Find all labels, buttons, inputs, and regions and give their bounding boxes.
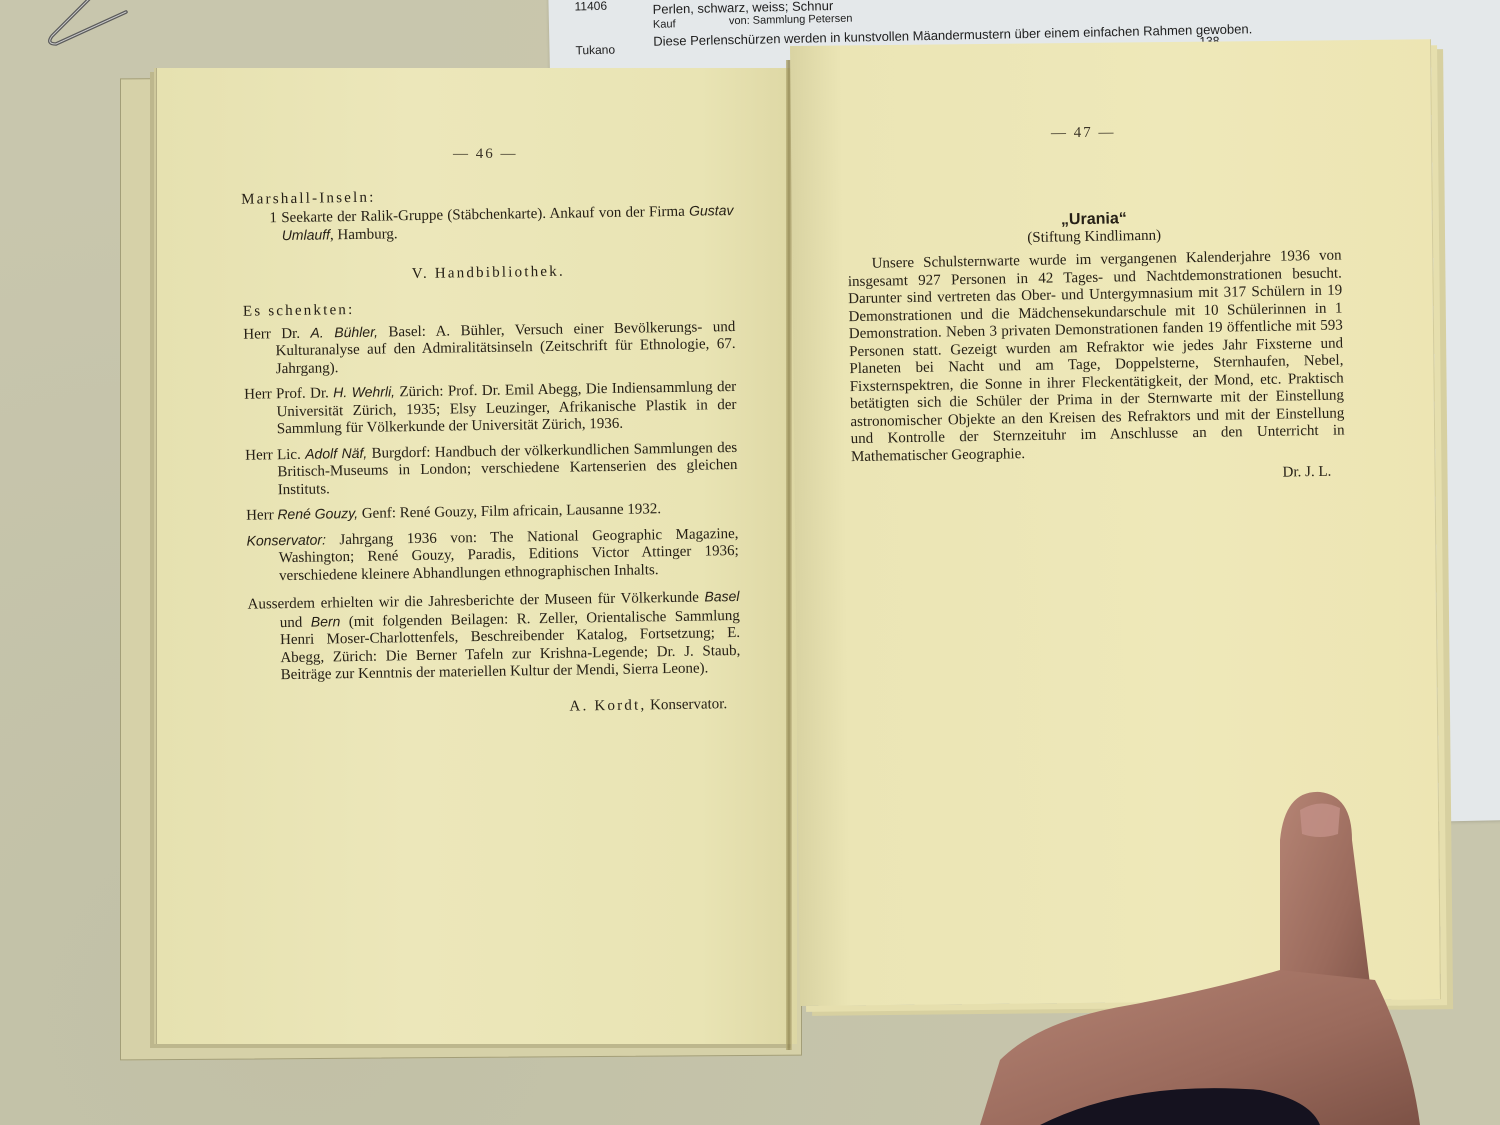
donation-entry: Konservator: Jahrgang 1936 von: The Nati…: [246, 524, 739, 585]
donor-name: Konservator:: [246, 531, 326, 548]
donor-prefix: Herr Prof. Dr.: [244, 385, 333, 402]
left-signature: A. Kordt, Konservator.: [249, 695, 741, 720]
closing-museum-basel: Basel: [704, 588, 739, 605]
marshall-item: 1 Seekarte der Ralik-Gruppe (Stäbchenkar…: [241, 201, 734, 246]
donor-prefix: Herr: [246, 507, 277, 523]
left-page: — 46 — Marshall-Inseln: 1 Seekarte der R…: [156, 68, 797, 1044]
catalog-acquisition-type: Kauf: [653, 18, 676, 30]
catalog-number: 11406: [574, 0, 607, 13]
donation-entry: Herr Prof. Dr. H. Wehrli, Zürich: Prof. …: [244, 378, 737, 439]
paperclip-icon: [38, 0, 128, 50]
closing-text: und: [280, 614, 311, 630]
marshall-item-city: , Hamburg.: [330, 226, 398, 243]
donor-name: Adolf Näf,: [305, 444, 367, 461]
hand-pointing-icon: [980, 790, 1500, 1125]
donor-name: H. Wehrli,: [333, 383, 395, 400]
donation-entry: Herr René Gouzy, Genf: René Gouzy, Film …: [246, 499, 738, 525]
donors-heading: Es schenkten:: [243, 296, 735, 321]
donor-name: A. Bühler,: [310, 323, 378, 340]
donation-text: Jahrgang 1936 von: The National Geograph…: [279, 525, 739, 583]
donor-name: René Gouzy,: [277, 505, 358, 522]
closing-paragraph: Ausserdem erhielten wir die Jahresberich…: [247, 588, 740, 685]
signature-title: Konservator.: [646, 696, 727, 713]
right-page-text: „Urania“ (Stiftung Kindlimann) Unsere Sc…: [847, 207, 1346, 505]
page-number-47: — 47 —: [1051, 125, 1116, 143]
right-signature: Dr. J. L.: [851, 463, 1345, 489]
signature-name: A. Kordt,: [569, 697, 646, 714]
donor-prefix: Herr Lic.: [245, 446, 305, 463]
closing-text: (mit folgenden Beilagen: R. Zeller, Orie…: [280, 607, 740, 683]
catalog-acquisition-source: von: Sammlung Petersen: [729, 13, 853, 28]
closing-museum-bern: Bern: [311, 613, 341, 629]
donation-entry: Herr Lic. Adolf Näf, Burgdorf: Handbuch …: [245, 438, 738, 499]
left-page-text: Marshall-Inseln: 1 Seekarte der Ralik-Gr…: [241, 184, 741, 736]
urania-body: Unsere Schulsternwarte wurde im vergange…: [847, 248, 1345, 467]
donation-text: Genf: René Gouzy, Film africain, Lausann…: [358, 501, 661, 522]
donation-entry: Herr Dr. A. Bühler, Basel: A. Bühler, Ve…: [243, 317, 736, 378]
donor-prefix: Herr Dr.: [243, 325, 310, 342]
page-number-46: — 46 —: [453, 146, 518, 163]
section-heading-handbibliothek: V. Handbibliothek.: [242, 260, 734, 285]
